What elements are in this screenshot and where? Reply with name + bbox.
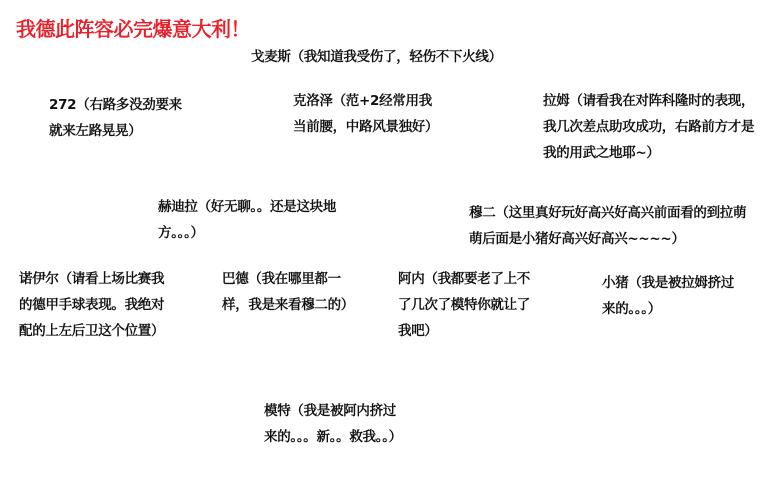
- note-lahm: 拉姆（请看我在对阵科隆时的表现，我几次差点助攻成功，右路前方才是我的用武之地耶~…: [543, 88, 757, 166]
- note-muller: 穆二（这里真好玩好高兴好高兴前面看的到拉萌萌后面是小猪好高兴好高兴~~~~）: [469, 200, 759, 252]
- note-bader: 巴德（我在哪里都一样，我是来看穆二的）: [222, 266, 360, 318]
- note-neuer: 诺伊尔（请看上场比赛我的德甲手球表现。我绝对配的上左后卫这个位置）: [19, 266, 171, 344]
- page-title: 我德此阵容必完爆意大利！: [16, 16, 250, 42]
- note-piggy: 小猪（我是被拉姆挤过来的。。。）: [602, 270, 742, 322]
- note-gomez: 戈麦斯（我知道我受伤了，轻伤不下火线）: [251, 44, 551, 70]
- note-hedira: 赫迪拉（好无聊。。还是这块地方。。。）: [158, 194, 372, 246]
- note-arne: 阿内（我都要老了上不了几次了模特你就让了我吧）: [398, 266, 538, 344]
- note-klose: 克洛泽（范+2经常用我当前腰，中路风景独好）: [293, 88, 435, 140]
- note-272: 272（右路多没劲要来就来左路晃晃）: [49, 92, 185, 144]
- note-mertes: 模特（我是被阿内挤过来的。。。新。。救我。。）: [264, 398, 404, 450]
